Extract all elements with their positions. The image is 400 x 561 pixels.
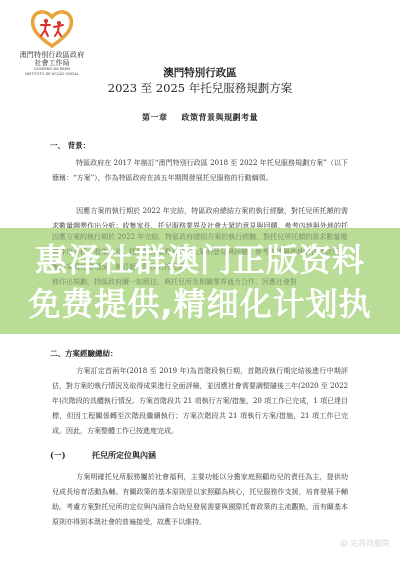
subsection-title: 托兒所定位與內涵: [92, 450, 156, 460]
document-title-line1: 澳門特別行政區: [0, 65, 400, 80]
chapter-title: 政策背景與規劃考量: [182, 112, 259, 122]
section2-heading: 二、方案經驗總結：: [50, 348, 118, 359]
promo-overlay-banner: 因應方案的執行期於 2022 年完結，特區政府總結方案的執行經驗，對托兒所托額的…: [0, 228, 400, 334]
document-title-line2: 2023 至 2025 年托兒服務規劃方案: [0, 80, 400, 96]
subsection1-heading: (一)托兒所定位與內涵: [50, 450, 156, 461]
org-name-line1: 澳門特別行政區政府: [14, 51, 90, 59]
source-watermark: ◎完首尚服院: [340, 538, 390, 549]
section2-paragraph1: 方案訂定首兩年(2018 至 2019 年)為首階段執行期，首階段執行期完結後進…: [52, 364, 348, 439]
heart-logo-icon: [29, 8, 75, 48]
paragraph-text: 方案明確托兒所服務屬於社會福利，主要功能以分擔家庭照顧幼兒的責任為主，提供幼兒成…: [52, 473, 348, 526]
section1-paragraph2: 因應方案的執行期於 2022 年完結，特區政府總結方案的執行經驗，對托兒所托額的…: [52, 204, 348, 228]
watermark-text: 完首尚服院: [350, 539, 390, 548]
subsection-number: (一): [50, 450, 92, 461]
weibo-icon: ◎: [340, 539, 348, 549]
paragraph-text: 因應方案的執行期於 2022 年完結，特區政府總結方案的執行經驗，對托兒所托額的…: [52, 207, 348, 228]
paragraph-text: 特區政府在 2017 年制訂“澳門特別行政區 2018 至 2022 年托兒服務…: [52, 159, 348, 182]
section1-heading: 一、 背景：: [50, 140, 90, 151]
banner-headline-line2: 免费提供,精细化计划执: [0, 286, 400, 322]
paragraph-text: 方案訂定首兩年(2018 至 2019 年)為首階段執行期，首階段執行期完結後進…: [52, 367, 348, 435]
chapter-heading: 第一章政策背景與規劃考量: [0, 112, 400, 123]
banner-headline-line1: 惠泽社群澳门正版资料: [0, 242, 400, 278]
chapter-number: 第一章: [142, 112, 168, 122]
subsection1-paragraph1: 方案明確托兒所服務屬於社會福利，主要功能以分擔家庭照顧幼兒的責任為主，提供幼兒成…: [52, 470, 348, 530]
section1-paragraph1: 特區政府在 2017 年制訂“澳門特別行政區 2018 至 2022 年托兒服務…: [52, 156, 348, 186]
